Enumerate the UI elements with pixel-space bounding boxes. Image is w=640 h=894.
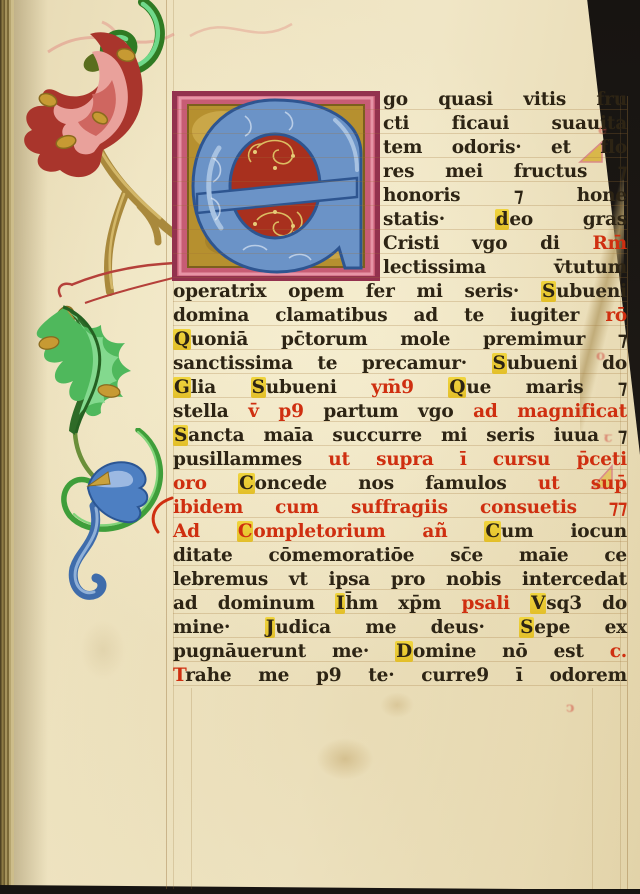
rubric-text: ut supra ī cursu p̄ceti [328,449,627,470]
body-text: Q [448,377,466,398]
body-text: sq3 do [546,593,627,614]
text-line: lectissima v̄tutum [173,256,627,280]
body-text: uoniā pc̄torum mole premimur ⁊ [191,329,627,350]
text-line: lebremus vt ipsa pro nobis intercedat [173,568,627,592]
body-text: honoris ⁊ hone [383,185,627,206]
text-block: go quasi vitis fructi ficaui suauitatem … [173,88,627,688]
text-line: ibidem cum suffragiis consuetis ⁊⁊ [173,496,627,520]
body-text: go quasi vitis fru [383,89,627,110]
body-text: stella [173,401,248,422]
body-text: C [484,521,501,542]
text-line: Quoniā pc̄torum mole premimur ⁊ [173,328,627,352]
text-line: Trahe me p9 te· curre9 ī odorem [173,664,627,688]
body-text: ancta maīa succurre mi seris iuua ⁊ [188,425,627,446]
body-text: cti ficaui suauita [383,113,627,134]
text-line: tem odoris· et flo [173,136,627,160]
body-text: S [519,617,534,638]
rubric-text: Ad [173,521,237,542]
body-text: partum vgo [323,401,473,422]
rubric-text: ompletorium añ [253,521,484,542]
rubric-text: v̄ p9 [248,401,323,422]
text-line: cti ficaui suauita [173,112,627,136]
body-text: D [395,641,413,662]
body-text: S [251,377,266,398]
body-text: V [530,593,546,614]
show-through-mark: ↄ [566,700,575,716]
text-line: Glia Subueni ym̄9 Que maris ⁊ [173,376,627,400]
text-line: Sancta maīa succurre mi seris iuua ⁊ [173,424,627,448]
body-text: res mei fructus ⁊ [383,161,627,182]
body-text: oncede nos famulos [255,473,538,494]
body-text: d [495,209,510,230]
body-text: J [265,617,276,638]
body-text: h̄m xp̄m [345,593,461,614]
text-line: statis· deo gras [173,208,627,232]
rubric-text: ibidem cum suffragiis consuetis ⁊⁊ [173,497,627,518]
rubric-text: rō [605,305,627,326]
text-line: pusillammes ut supra ī cursu p̄ceti [173,448,627,472]
text-line: sanctissima te precamur· Subueni do [173,352,627,376]
text-line: pugnāuerunt me· Domine nō est c. [173,640,627,664]
body-text: Q [173,329,191,350]
body-text: udica me deus· [275,617,519,638]
text-line: oro Concede nos famulos ut sup̄ [173,472,627,496]
text-line: Ad Completorium añ Cum iocun [173,520,627,544]
ruling-line-bottom-right [592,688,593,889]
body-text: pusillammes [173,449,328,470]
body-text: ubueni [556,281,627,302]
body-text: tem odoris· et flo [383,137,627,158]
text-line: honoris ⁊ hone [173,184,627,208]
body-text: mine· [173,617,265,638]
body-text: rahe me p9 te· curre9 ī odorem [185,665,627,686]
text-line: domina clamatibus ad te iugiter rō [173,304,627,328]
text-line: ditate cōmemoratiōe sc̄e maīe ce [173,544,627,568]
rubric-text: oro [173,473,238,494]
body-text: pugnāuerunt me· [173,641,395,662]
ruling-line-bottom-left [191,688,192,889]
rubric-text: psali [461,593,530,614]
rubric-text: c. [610,641,627,662]
ruling-line-right [627,96,628,889]
body-text: statis· [383,209,495,230]
body-text: epe ex [534,617,627,638]
body-text: ubueni [266,377,371,398]
body-text: lectissima v̄tutum [383,257,627,278]
text-line: mine· Judica me deus· Sepe ex [173,616,627,640]
body-text: S [173,425,188,446]
body-text: G [173,377,191,398]
rubric-text: Rm̄ [592,233,627,254]
body-text: lebremus vt ipsa pro nobis intercedat [173,569,627,590]
body-text: sanctissima te precamur· [173,353,492,374]
body-text: eo gras [509,209,627,230]
rubric-text: C [237,521,254,542]
rubric-text: ym̄9 [371,377,448,398]
body-text: omine nō est [413,641,610,662]
body-text: lia [191,377,251,398]
body-text: operatrix opem fer mi seris· [173,281,541,302]
body-text: Cristi vgo di [383,233,592,254]
body-text: S [492,353,507,374]
rubric-text: ut sup̄ [538,473,627,494]
body-text: I [335,593,345,614]
text-line: go quasi vitis fru [173,88,627,112]
rubric-text: T [173,665,185,686]
text-line: Cristi vgo di Rm̄ [173,232,627,256]
rubric-swash [146,496,176,536]
body-text: ad dominum [173,593,335,614]
text-line: ad dominum Ih̄m xp̄m psali Vsq3 do [173,592,627,616]
body-text: um iocun [501,521,627,542]
body-text: S [541,281,556,302]
manuscript-photo: e o ꞇ ↄ [0,0,640,894]
body-text: ubueni do [507,353,627,374]
text-line: stella v̄ p9 partum vgo ad magnificat [173,400,627,424]
text-line: operatrix opem fer mi seris· Subueni [173,280,627,304]
body-text: ue maris ⁊ [466,377,627,398]
body-text: C [238,473,255,494]
body-text: domina clamatibus ad te iugiter [173,305,605,326]
body-text: ditate cōmemoratiōe sc̄e maīe ce [173,545,627,566]
rubric-text: ad magnificat [473,401,627,422]
text-line: res mei fructus ⁊ [173,160,627,184]
